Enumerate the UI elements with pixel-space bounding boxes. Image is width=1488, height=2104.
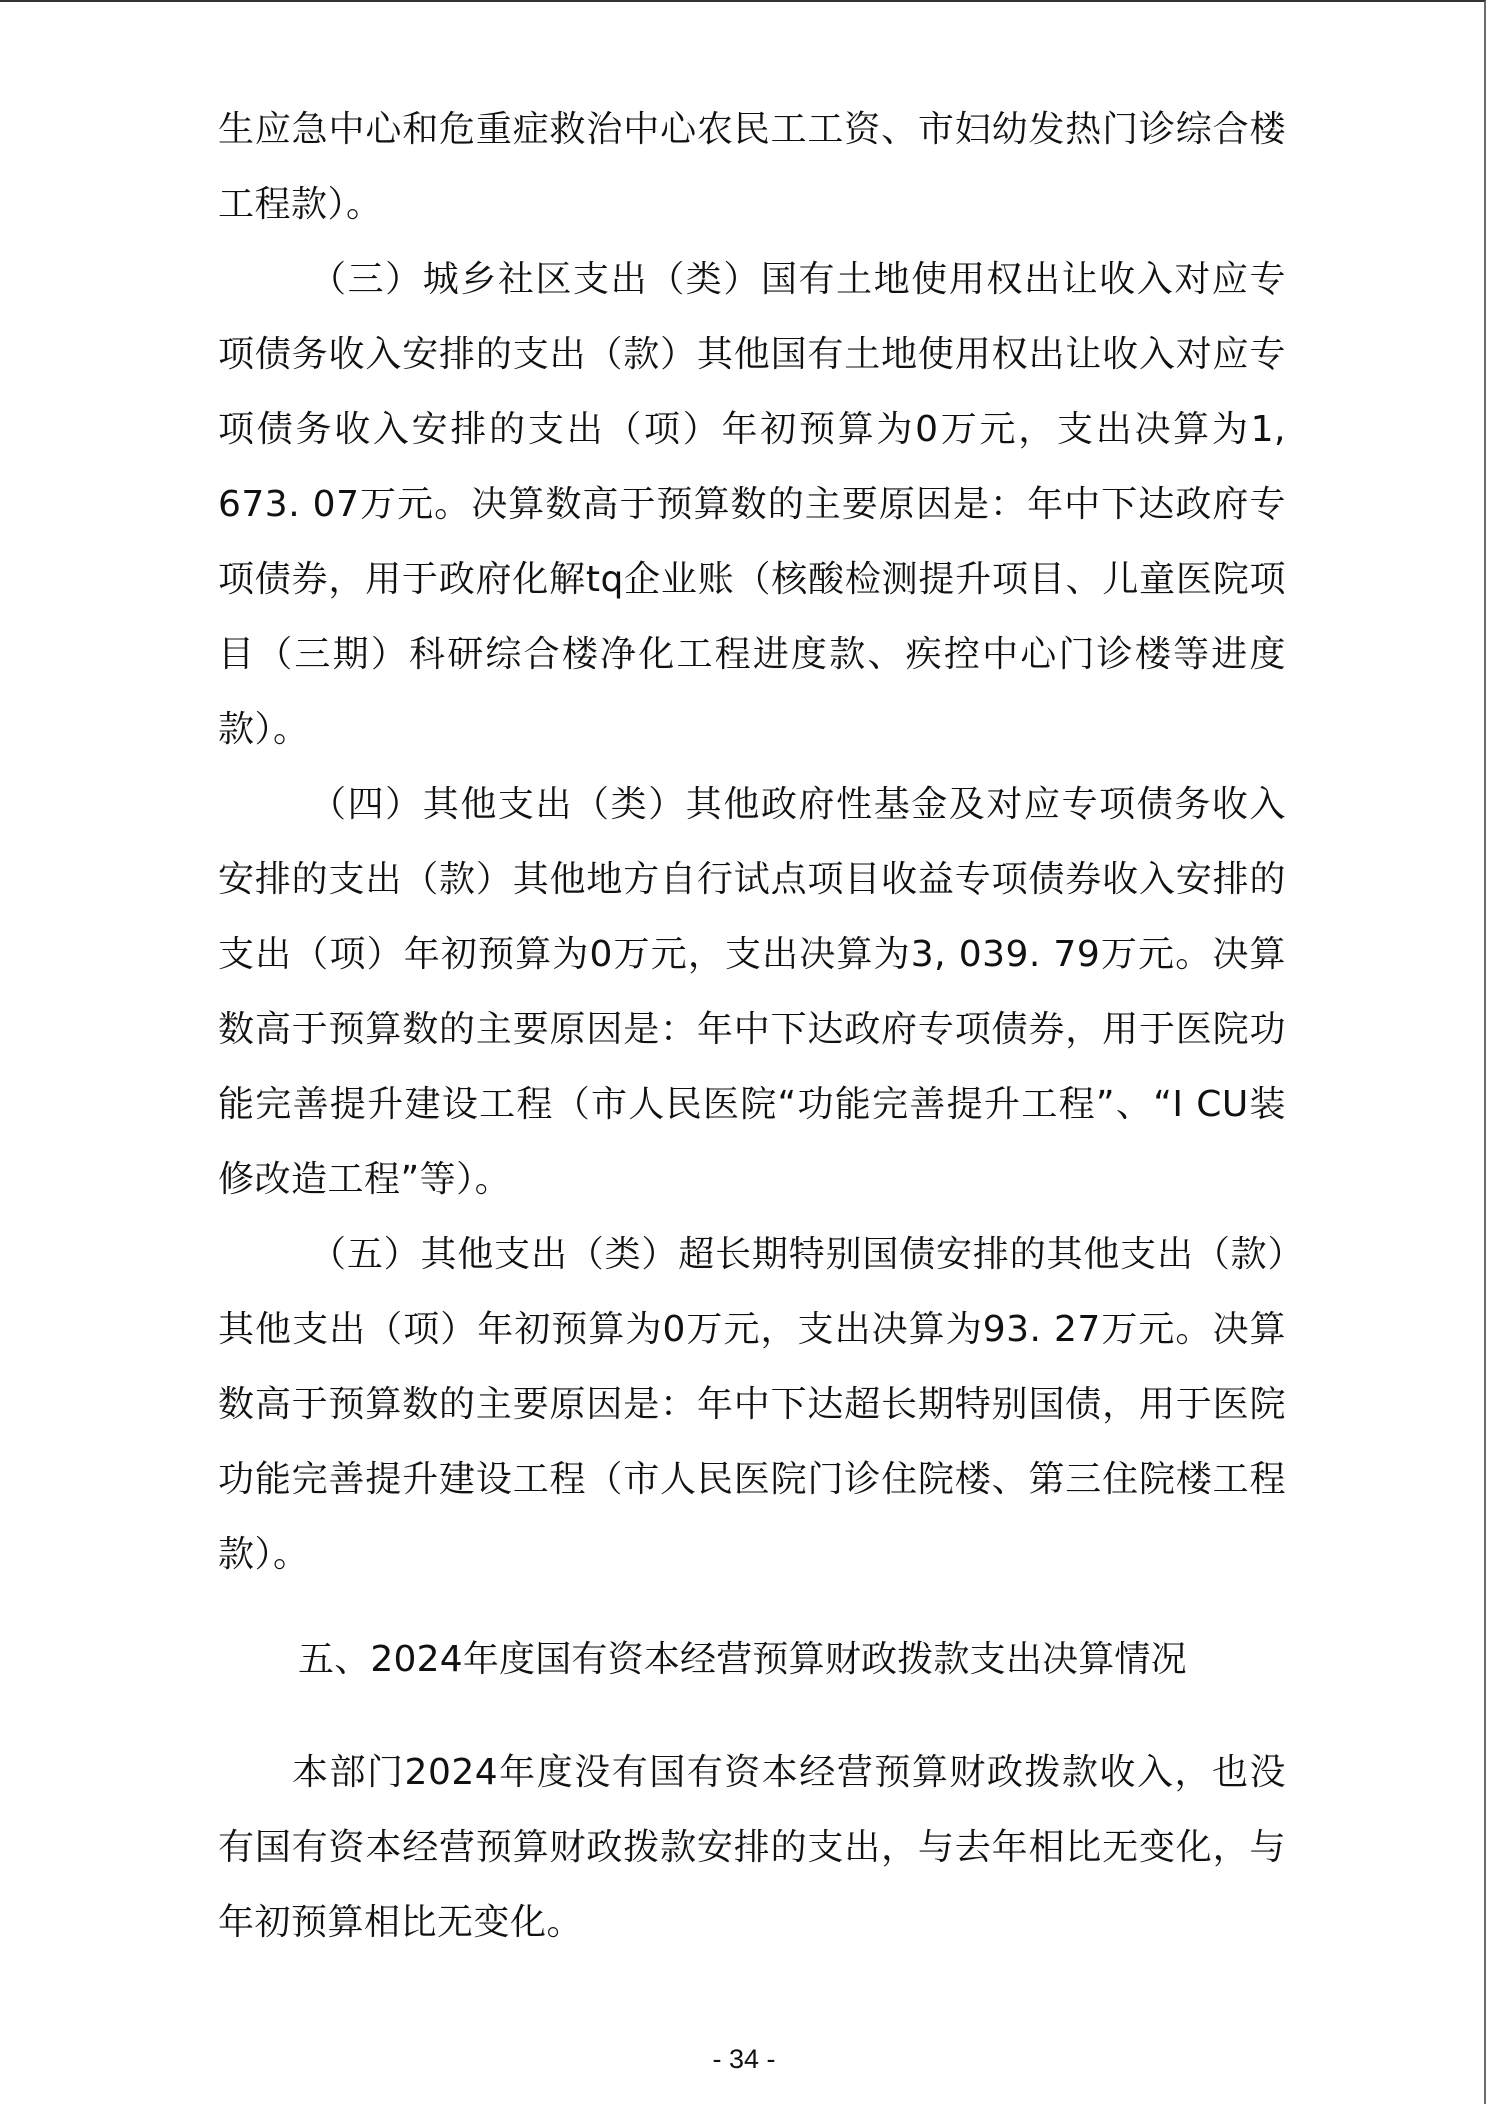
section-heading: 五、2024年度国有资本经营预算财政拨款支出决算情况 xyxy=(218,1622,1286,1697)
section-body: 本部门2024年度没有国有资本经营预算财政拨款收入，也没有国有资本经营预算财政拨… xyxy=(218,1735,1286,1960)
page-number: - 34 - xyxy=(0,2044,1488,2075)
paragraph-item-3: （三）城乡社区支出（类）国有土地使用权出让收入对应专项债务收入安排的支出（款）其… xyxy=(218,242,1286,767)
paragraph-item-4: （四）其他支出（类）其他政府性基金及对应专项债务收入安排的支出（款）其他地方自行… xyxy=(218,767,1286,1217)
paragraph-continuation: 生应急中心和危重症救治中心农民工工资、市妇幼发热门诊综合楼工程款）。 xyxy=(218,92,1286,242)
document-body: 生应急中心和危重症救治中心农民工工资、市妇幼发热门诊综合楼工程款）。 （三）城乡… xyxy=(218,92,1286,1960)
paragraph-item-5: （五）其他支出（类）超长期特别国债安排的其他支出（款）其他支出（项）年初预算为0… xyxy=(218,1217,1286,1592)
